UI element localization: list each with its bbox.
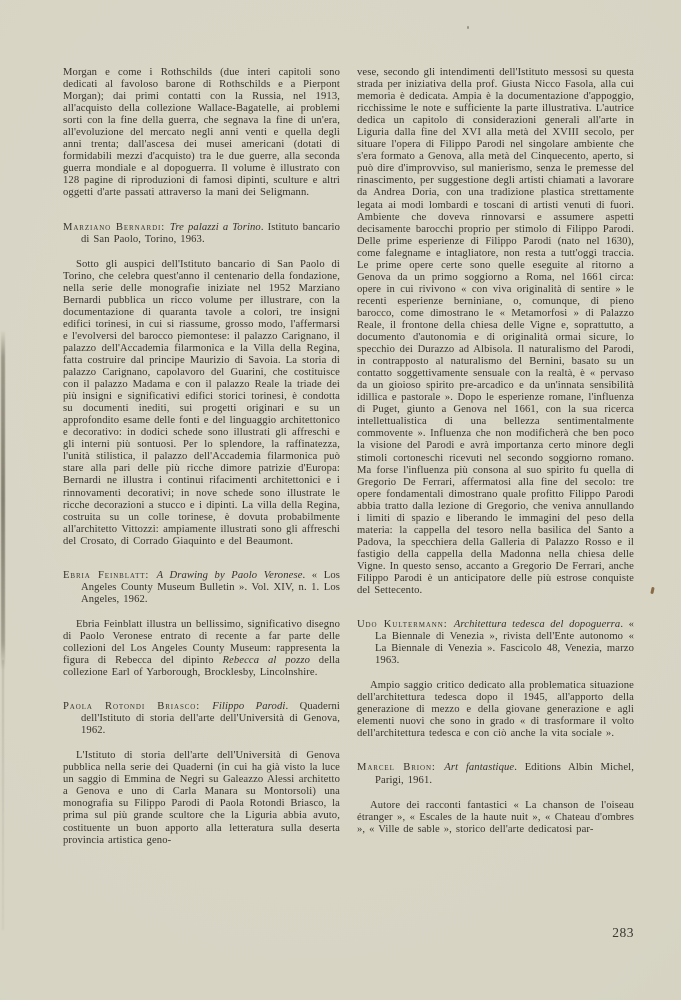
entry-heading: Marziano Bernardi: Tre palazzi a Torino.… <box>63 222 340 246</box>
bibliography-paragraph: Autore dei racconti fantastici « La chan… <box>357 800 634 836</box>
entry-author: Marziano Bernardi: <box>63 222 170 233</box>
page-gutter-shadow-lower <box>2 660 4 930</box>
bibliography-paragraph: L'Istituto di storia dell'arte dell'Univ… <box>63 750 340 846</box>
entry-author: Udo Kultermann: <box>357 619 454 630</box>
scan-speck <box>467 26 469 29</box>
bibliography-paragraph: Morgan e come i Rothschilds (due interi … <box>63 67 340 200</box>
paragraph-segment-italic: Rebecca al pozzo <box>222 655 310 666</box>
bibliography-paragraph: Ampio saggio critico dedicato alla probl… <box>357 680 634 740</box>
entry-heading: Ebria Feinblatt: A Drawing by Paolo Vero… <box>63 570 340 606</box>
entry-author: Marcel Brion: <box>357 762 444 773</box>
page-number: 283 <box>357 925 634 941</box>
entry-title: Filippo Parodi <box>212 701 285 712</box>
bibliography-paragraph: Sotto gli auspici dell'Istituto bancario… <box>63 259 340 548</box>
right-column: vese, secondo gli intendimenti dell'Isti… <box>357 67 634 836</box>
scan-speck <box>650 587 654 594</box>
entry-heading: Marcel Brion: Art fantastique. Editions … <box>357 762 634 786</box>
entry-heading: Udo Kultermann: Architettura tedesca del… <box>357 619 634 667</box>
entry-heading: Paola Rotondi Briasco: Filippo Parodi. Q… <box>63 701 340 737</box>
entry-author: Paola Rotondi Briasco: <box>63 701 212 712</box>
book-page: Morgan e come i Rothschilds (due interi … <box>0 0 681 1000</box>
left-column: Morgan e come i Rothschilds (due interi … <box>63 67 340 847</box>
entry-title: Architettura tedesca del dopoguerra <box>454 619 620 630</box>
bibliography-paragraph: vese, secondo gli intendimenti dell'Isti… <box>357 67 634 597</box>
page-gutter-shadow <box>1 330 5 670</box>
bibliography-paragraph: Ebria Feinblatt illustra un bellissimo, … <box>63 619 340 679</box>
entry-title: Tre palazzi a Torino <box>170 222 261 233</box>
entry-author: Ebria Feinblatt: <box>63 570 157 581</box>
entry-title: A Drawing by Paolo Veronese <box>157 570 303 581</box>
entry-title: Art fantastique <box>444 762 514 773</box>
